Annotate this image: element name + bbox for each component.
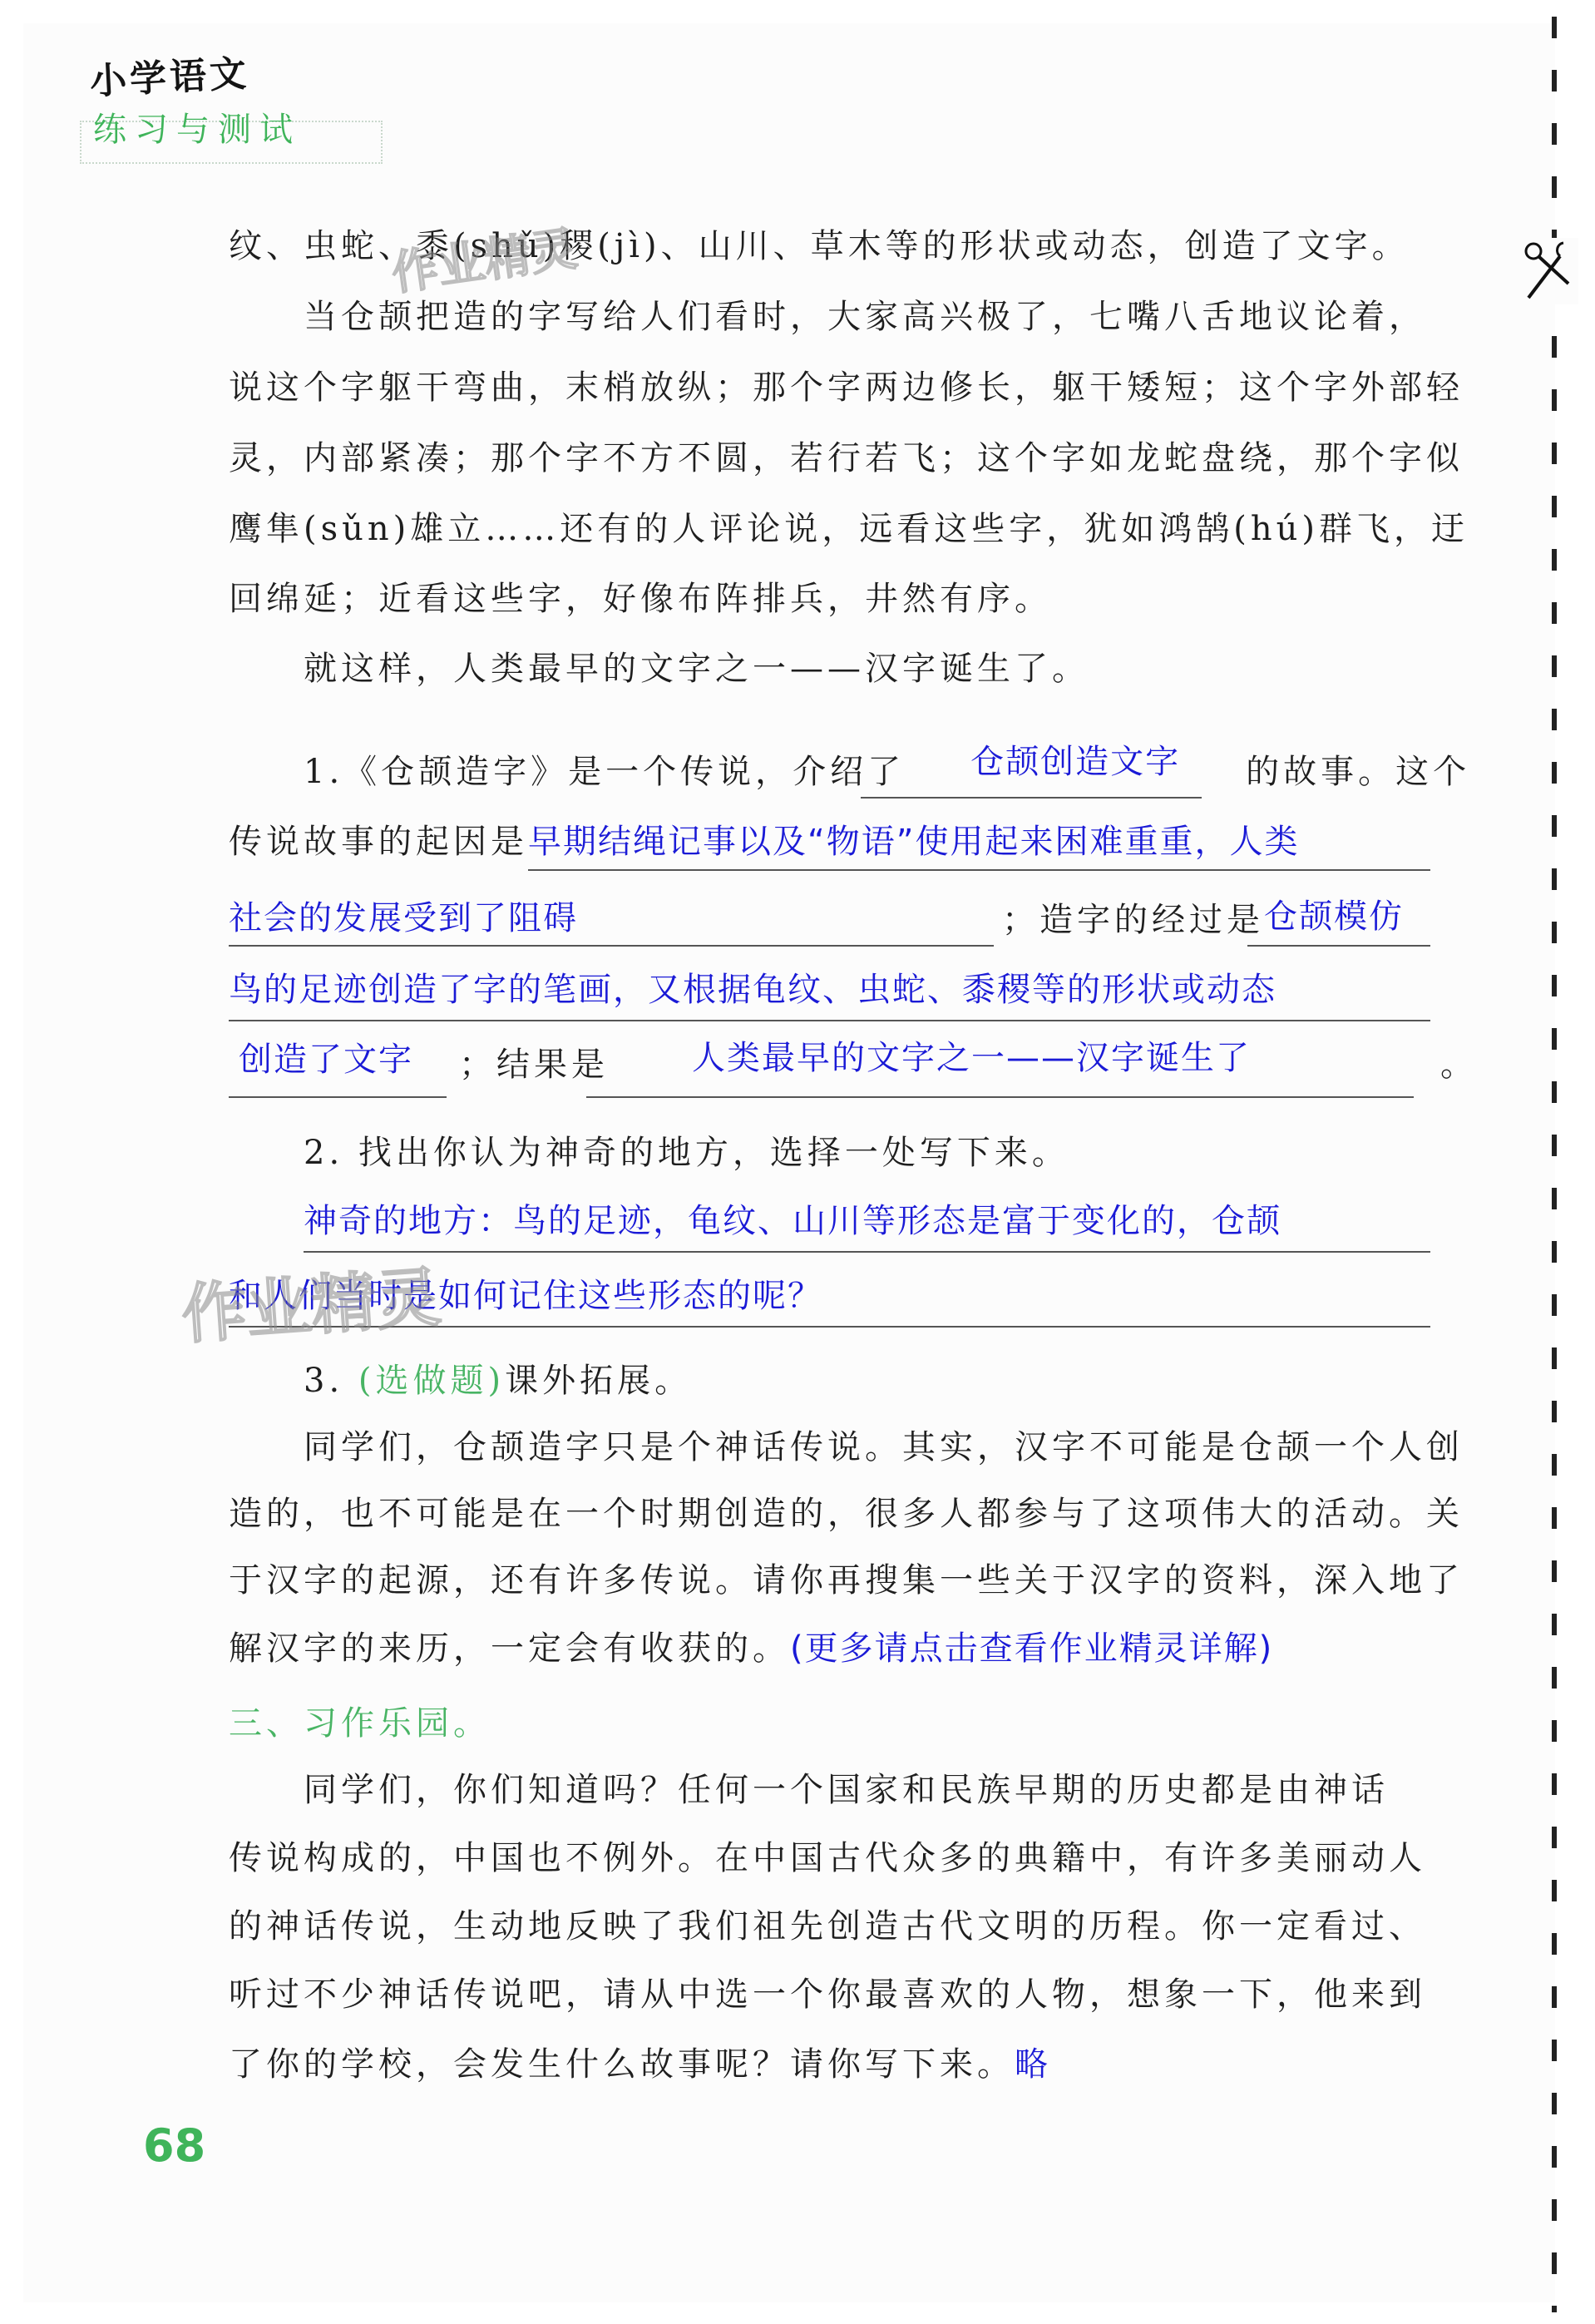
q1-prompt-b: 的故事。这个 [1246, 753, 1470, 791]
q3-prompt: 课外拓展。 [505, 1362, 692, 1400]
series-title: 小学语文 [88, 43, 250, 105]
q1-answer-process-2: 鸟的足迹创造了字的笔画，又根据龟纹、虫蛇、黍稷等的形状或动态 [229, 971, 1276, 1009]
q1-underline-process-2 [229, 1020, 1430, 1021]
q2-underline-1 [304, 1251, 1430, 1253]
q1-answer-a: 仓颉创造文字 [970, 743, 1180, 781]
q3-number: 3. [304, 1362, 343, 1400]
q1-line-2: 传说故事的起因是早期结绳记事以及“物语”使用起来困难重重，人类 [229, 822, 1430, 862]
q3-line: 解汉字的来历，一定会有收获的。(更多请点击查看作业精灵详解) [229, 1629, 1430, 1669]
q1-answer-cause-1: 早期结绳记事以及“物语”使用起来困难重重，人类 [528, 823, 1299, 861]
q1-blank-a[interactable]: 仓颉创造文字 [905, 752, 1246, 792]
q1-underline-a [861, 797, 1202, 799]
q1-prompt-d: ；造字的经过是 [1002, 901, 1264, 939]
section3-line-last: 了你的学校，会发生什么故事呢？请你写下来。略 [229, 2045, 1430, 2084]
q1-prompt-a: 1.《仓颉造字》是一个传说，介绍了 [304, 753, 905, 791]
q3-line: 于汉字的起源，还有许多传说。请你再搜集一些关于汉字的资料，深入地了 [229, 1560, 1430, 1600]
q1-blank-process-3[interactable]: 创造了文字 [229, 1045, 459, 1085]
q1-line-3b: ；造字的经过是仓颉模仿 [1002, 900, 1435, 940]
section3-line: 的神话传说，生动地反映了我们祖先创造古代文明的历程。你一定看过、 [229, 1906, 1430, 1946]
q3-answer-link[interactable]: (更多请点击查看作业精灵详解) [790, 1629, 1273, 1668]
q3-line: 造的，也不可能是在一个时期创造的，很多人都参与了这项伟大的活动。关 [229, 1494, 1430, 1534]
q1-underline-process-1 [1247, 945, 1430, 947]
q1-prompt-e: ；结果是 [459, 1046, 609, 1084]
scissors-icon [1520, 238, 1578, 304]
passage-line: 鹰隼(sǔn)雄立……还有的人评论说，远看这些字，犹如鸿鹄(hú)群飞，迂 [229, 509, 1430, 549]
section3-line: 同学们，你们知道吗？任何一个国家和民族早期的历史都是由神话 [229, 1770, 1505, 1810]
q1-answer-cause-2: 社会的发展受到了阻碍 [229, 899, 578, 937]
q2-answer-1: 神奇的地方：鸟的足迹，龟纹、山川等形态是富于变化的，仓颉 [304, 1202, 1281, 1240]
q1-prompt-c: 传说故事的起因是 [229, 823, 528, 861]
q1-prompt-end: 。 [1440, 1046, 1478, 1084]
page-number: 68 [143, 2119, 205, 2172]
q1-answer-process-1: 仓颉模仿 [1264, 897, 1404, 936]
q2-answer-line-1[interactable]: 神奇的地方：鸟的足迹，龟纹、山川等形态是富于变化的，仓颉 [229, 1201, 1505, 1241]
section3-line: 传说构成的，中国也不例外。在中国古代众多的典籍中，有许多美丽动人 [229, 1838, 1430, 1878]
watermark: 作业精灵 [178, 1245, 443, 1356]
q1-line-1: 1.《仓颉造字》是一个传说，介绍了仓颉创造文字的故事。这个 [229, 752, 1505, 792]
q1-underline-result [586, 1096, 1414, 1098]
q3-line-last: 解汉字的来历，一定会有收获的。 [229, 1629, 790, 1668]
section3-answer: 略 [1015, 2045, 1049, 2084]
q1-line-5: 创造了文字；结果是人类最早的文字之一——汉字诞生了。 [229, 1045, 1430, 1085]
passage-line: 回绵延；近看这些字，好像布阵排兵，井然有序。 [229, 579, 1430, 619]
q3-tag: (选做题) [358, 1362, 505, 1400]
q3-heading: 3. (选做题)课外拓展。 [229, 1361, 1505, 1401]
dashed-cut-line [1552, 17, 1557, 2312]
passage-line: 灵，内部紧凑；那个字不方不圆，若行若飞；这个字如龙蛇盘绕，那个字似 [229, 438, 1430, 478]
book-title: 练习与测试 [93, 103, 301, 151]
q1-answer-result: 人类最早的文字之一——汉字诞生了 [692, 1039, 1251, 1077]
q2-prompt: 2. 找出你认为神奇的地方，选择一处写下来。 [229, 1133, 1505, 1173]
q1-blank-result[interactable]: 人类最早的文字之一——汉字诞生了 [609, 1045, 1440, 1085]
passage-line: 就这样，人类最早的文字之一——汉字诞生了。 [229, 649, 1505, 689]
q1-line-4: 鸟的足迹创造了字的笔画，又根据龟纹、虫蛇、黍稷等的形状或动态 [229, 970, 1430, 1010]
section-heading: 三、习作乐园。 [229, 1703, 1430, 1743]
passage-line: 说这个字躯干弯曲，末梢放纵；那个字两边修长，躯干矮短；这个字外部轻 [229, 368, 1430, 408]
passage-line: 当仓颉把造的字写给人们看时，大家高兴极了，七嘴八舌地议论着， [229, 297, 1505, 337]
q1-underline-cause-2 [229, 945, 994, 947]
q1-answer-process-3: 创造了文字 [239, 1041, 413, 1079]
section3-line-text: 了你的学校，会发生什么故事呢？请你写下来。 [229, 2045, 1015, 2084]
q3-line: 同学们，仓颉造字只是个神话传说。其实，汉字不可能是仓颉一个人创 [229, 1427, 1505, 1467]
section3-line: 听过不少神话传说吧，请从中选一个你最喜欢的人物，想象一下，他来到 [229, 1975, 1430, 2015]
q1-underline-cause-1 [528, 869, 1430, 871]
q1-underline-process-3 [229, 1096, 447, 1098]
